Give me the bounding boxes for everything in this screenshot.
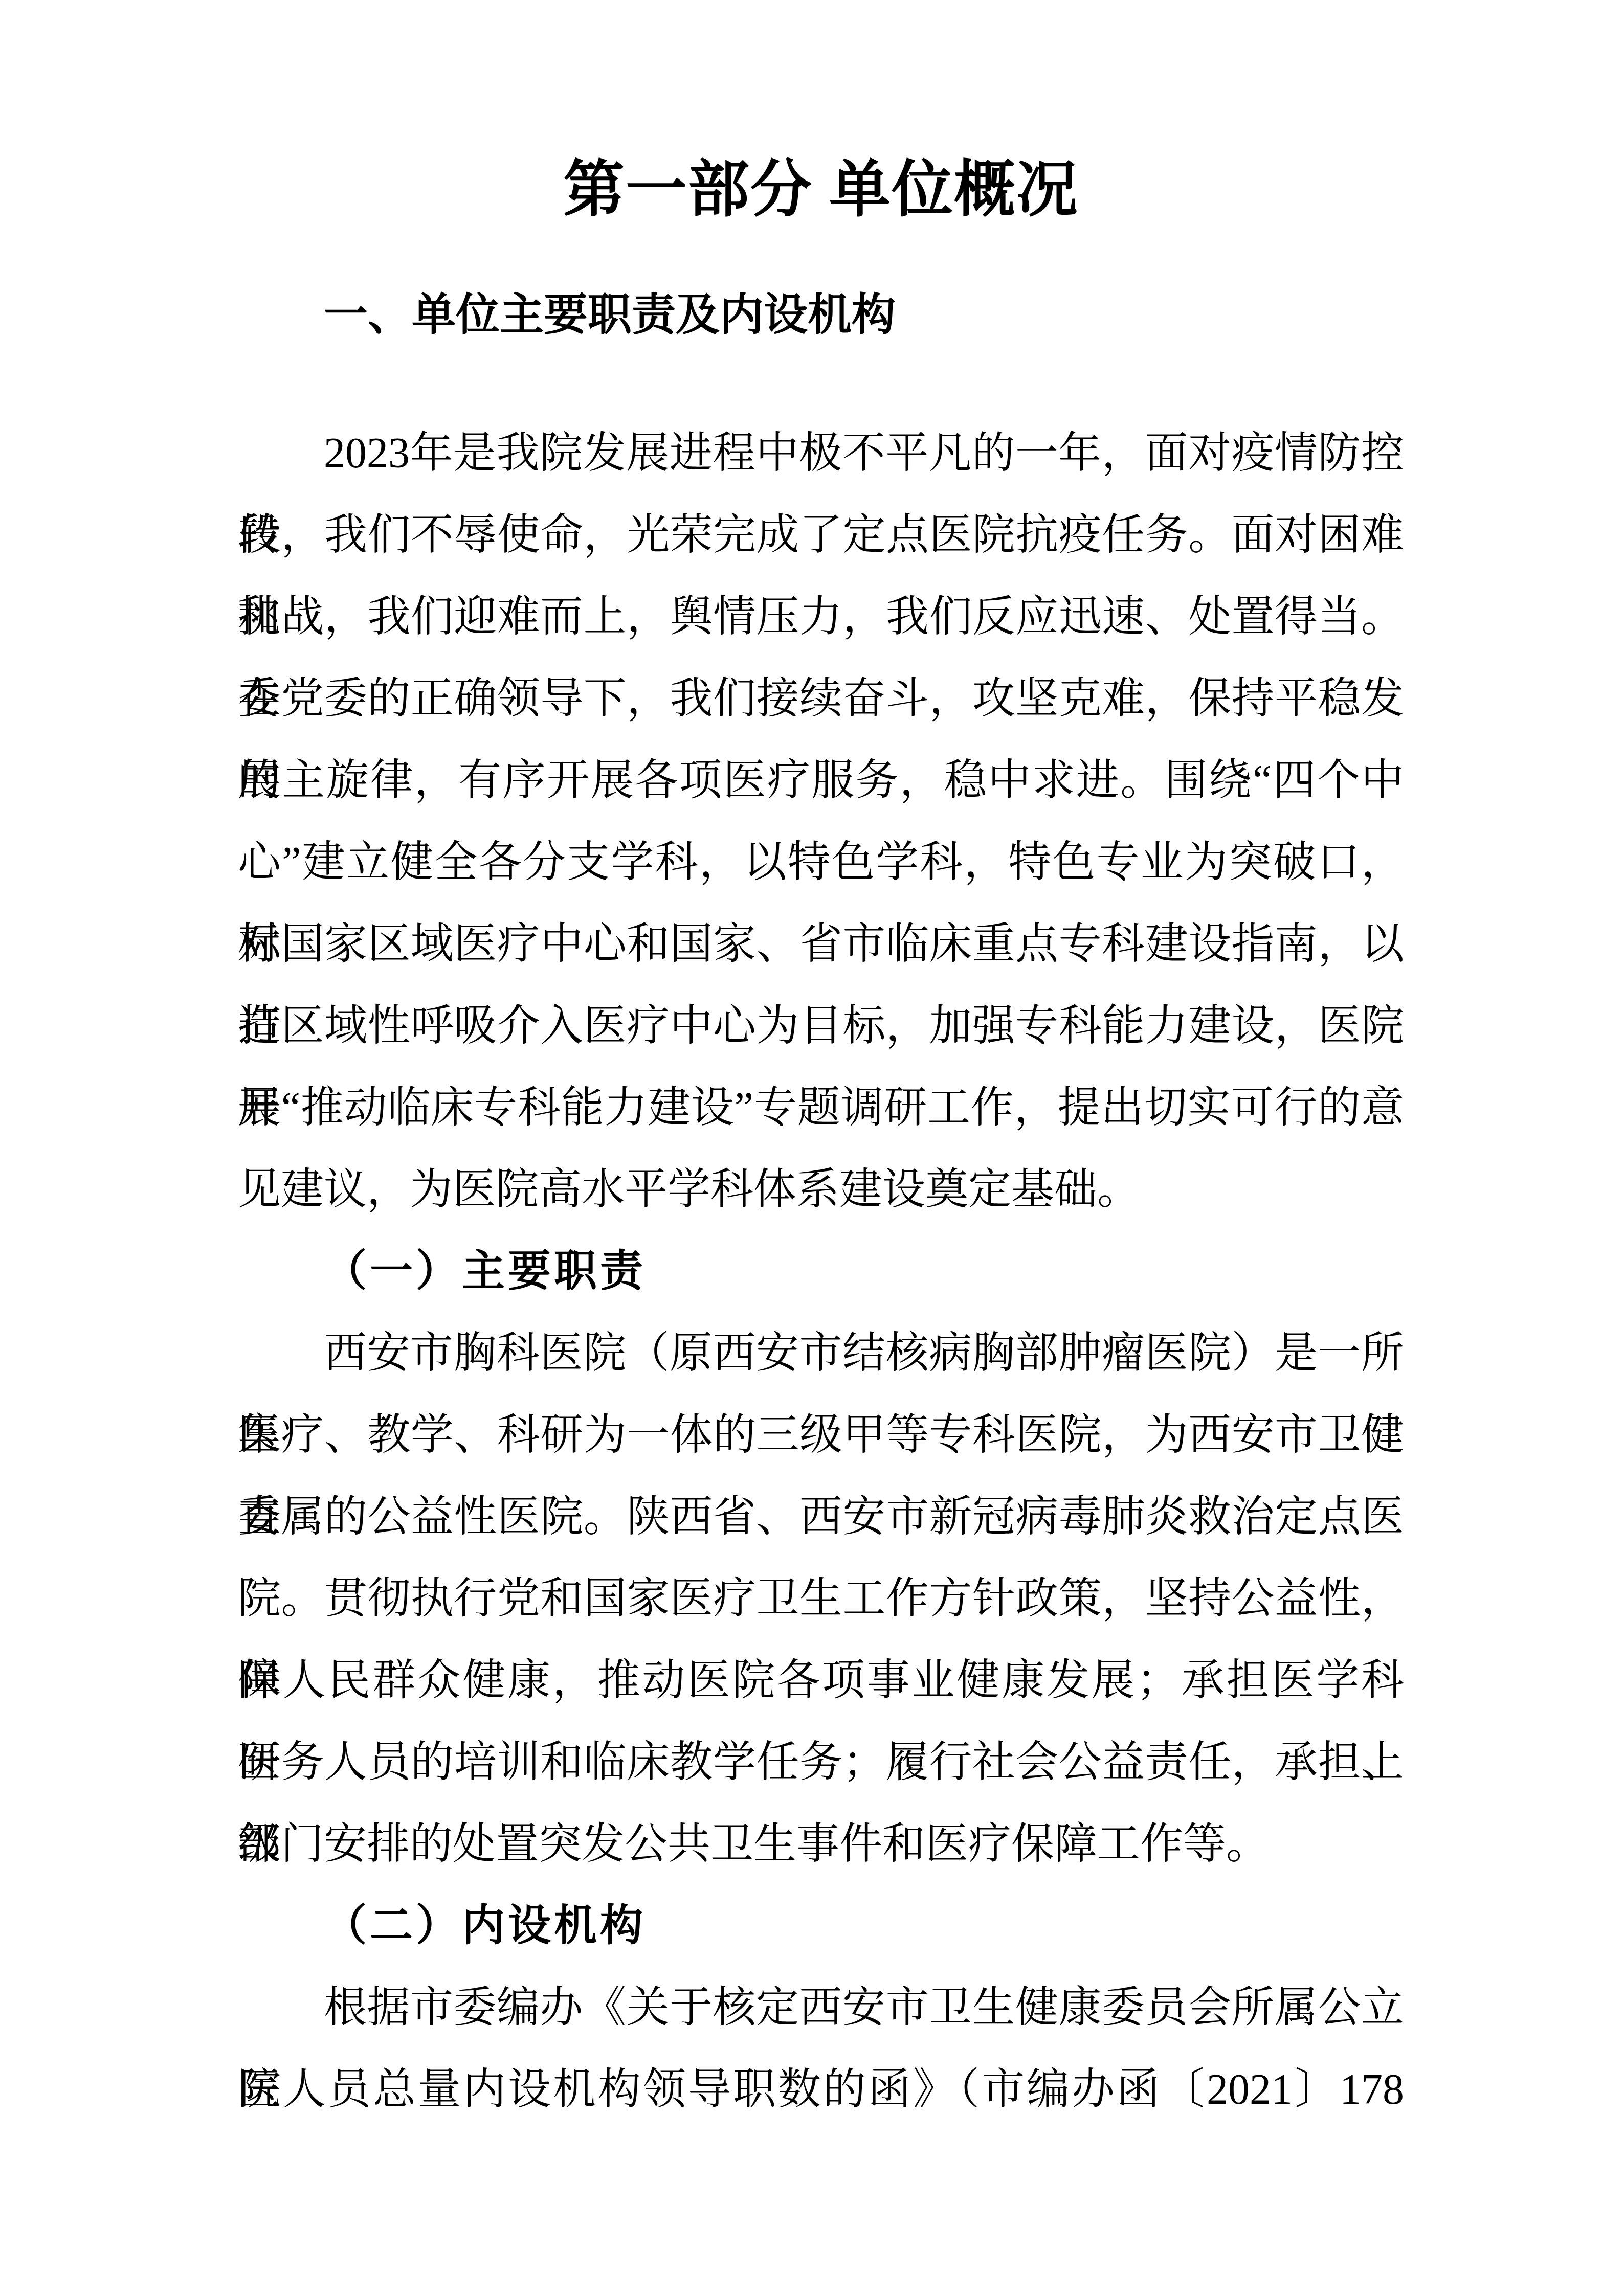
subsection-heading-2: （二）内设机构 bbox=[238, 1885, 1404, 1967]
paragraph-3-line: 根据市委编办《关于核定西安市卫生健康委员会所属公立医 bbox=[238, 1967, 1404, 2049]
paragraph-1-line: 段，我们不辱使命，光荣完成了定点医院抗疫任务。面对困难和 bbox=[238, 494, 1404, 576]
paragraph-2-line: 医疗、教学、科研为一体的三级甲等专科医院，为西安市卫健委 bbox=[238, 1394, 1404, 1476]
paragraph-2-line: 直属的公益性医院。陕西省、西安市新冠病毒肺炎救治定点医 bbox=[238, 1476, 1404, 1558]
paragraph-1-line: 委党委的正确领导下，我们接续奋斗，攻坚克难，保持平稳发展 bbox=[238, 658, 1404, 740]
paragraph-2-line: 医务人员的培训和临床教学任务；履行社会公益责任，承担上级 bbox=[238, 1722, 1404, 1804]
paragraph-3-line: 院人员总量内设机构领导职数的函》（市编办函〔2021〕178 bbox=[238, 2049, 1404, 2131]
section-heading: 一、单位主要职责及内设机构 bbox=[324, 286, 1404, 344]
paragraph-1-line: 心”建立健全各分支学科，以特色学科，特色专业为突破口，对 bbox=[238, 822, 1404, 904]
paragraph-2-line: 西安市胸科医院（原西安市结核病胸部肿瘤医院）是一所集 bbox=[238, 1313, 1404, 1394]
subsection-heading-1: （一）主要职责 bbox=[238, 1231, 1404, 1313]
document-page: 第一部分 单位概况 一、单位主要职责及内设机构 2023年是我院发展进程中极不平… bbox=[0, 0, 1624, 2296]
paragraph-2-line: 院。贯彻执行党和国家医疗卫生工作方针政策，坚持公益性，保 bbox=[238, 1558, 1404, 1640]
paragraph-2-line: 部门安排的处置突发公共卫生事件和医疗保障工作等。 bbox=[238, 1804, 1404, 1885]
paragraph-1-line: 造区域性呼吸介入医疗中心为目标，加强专科能力建设，医院开 bbox=[238, 985, 1404, 1067]
paragraph-1-line: 的主旋律，有序开展各项医疗服务，稳中求进。围绕“四个中 bbox=[238, 740, 1404, 822]
paragraph-1-line: 2023年是我院发展进程中极不平凡的一年，面对疫情防控转 bbox=[238, 413, 1404, 494]
paragraph-1-line: 标国家区域医疗中心和国家、省市临床重点专科建设指南，以打 bbox=[238, 904, 1404, 985]
document-body: 2023年是我院发展进程中极不平凡的一年，面对疫情防控转 段，我们不辱使命，光荣… bbox=[238, 413, 1404, 2131]
paragraph-2-line: 障人民群众健康，推动医院各项事业健康发展；承担医学科研、 bbox=[238, 1640, 1404, 1722]
paragraph-1-line: 见建议，为医院高水平学科体系建设奠定基础。 bbox=[238, 1149, 1404, 1231]
paragraph-1-line: 挑战，我们迎难而上，舆情压力，我们反应迅速、处置得当。在 bbox=[238, 576, 1404, 658]
paragraph-1-line: 展“推动临床专科能力建设”专题调研工作，提出切实可行的意 bbox=[238, 1067, 1404, 1149]
page-title: 第一部分 单位概况 bbox=[238, 153, 1404, 227]
